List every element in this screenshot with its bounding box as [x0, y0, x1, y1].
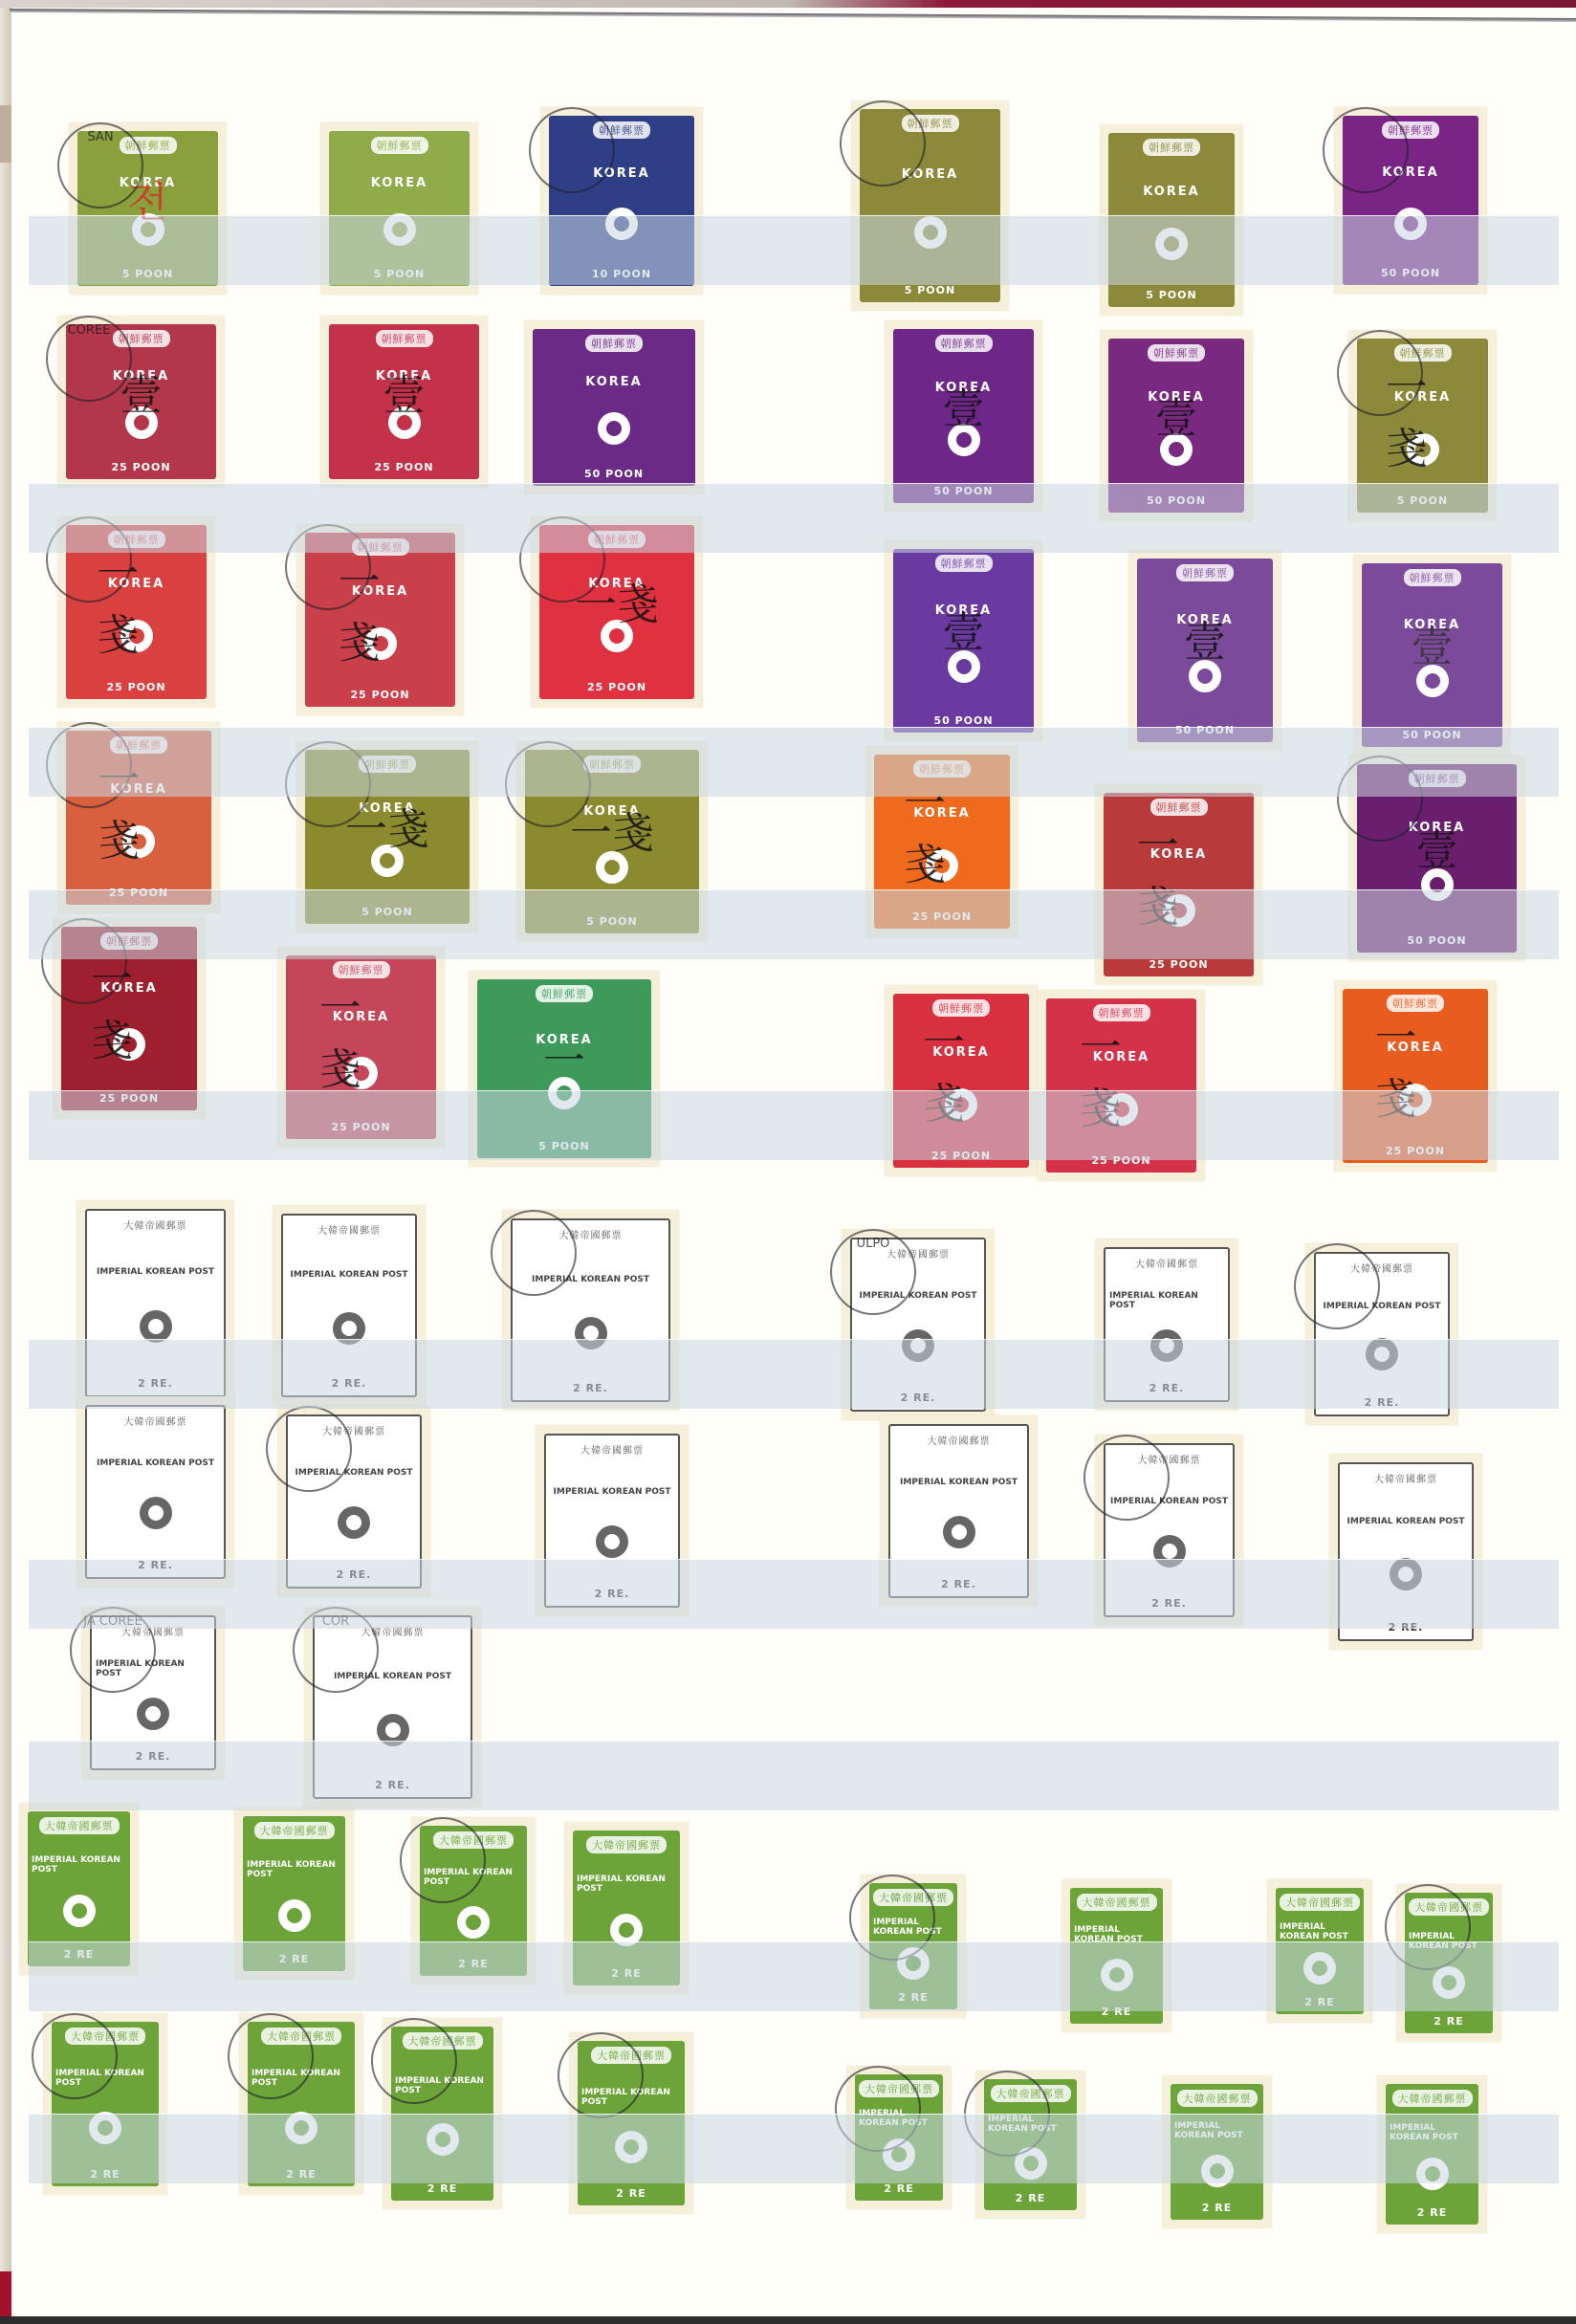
stamp-value: 25 POON	[106, 681, 165, 693]
stamp-country-text: IMPERIAL KOREAN POST	[291, 1270, 408, 1280]
stamp-country-text: IMPERIAL KOREAN POST	[1347, 1517, 1465, 1526]
glassine-strip	[29, 1941, 1559, 2011]
stamp-header-text: 大韓帝國郵票	[922, 1432, 996, 1448]
postmark-cancel	[228, 2013, 314, 2099]
taeguk-emblem-icon	[278, 1899, 311, 1932]
stamp-country-text: IMPERIAL KOREAN POST	[32, 1855, 126, 1875]
stamp-value: 50 POON	[584, 468, 644, 480]
glassine-strip	[29, 727, 1559, 797]
stamp: 朝鮮郵票KOREA25 POON壹COREE	[57, 316, 225, 488]
stamp-value: 25 POON	[374, 461, 433, 473]
glassine-strip	[29, 215, 1559, 285]
postmark-cancel	[266, 1406, 352, 1492]
stamp: 朝鮮郵票KOREA50 POON壹	[885, 540, 1042, 741]
postmark-cancel	[32, 2013, 118, 2099]
stamp-overprint: 壹	[1416, 816, 1458, 877]
stamp-header-text: 朝鮮郵票	[1143, 139, 1200, 156]
stamp-header-text: 大韓帝國郵票	[254, 1822, 335, 1839]
glassine-strip	[29, 2114, 1559, 2183]
stamp-country-text: KOREA	[1143, 185, 1200, 199]
postmark-cancel	[1083, 1435, 1170, 1521]
glassine-strip	[29, 1090, 1559, 1160]
stamp-country-text: IMPERIAL KOREAN POST	[577, 1875, 676, 1894]
stamp-overprint: 壹	[943, 598, 985, 659]
postmark-cancel: COREE	[46, 316, 132, 402]
stamp-header-text: 大韓帝國郵票	[1177, 2090, 1258, 2107]
stamp-overprint: 壹	[1412, 612, 1454, 673]
stamp-value: 2 RE	[616, 2187, 646, 2200]
stamp-value: 25 POON	[587, 681, 646, 693]
stamp-header-text: 朝鮮郵票	[935, 335, 993, 352]
stamp-overprint: 一戔	[319, 974, 404, 1096]
taeguk-emblem-icon	[457, 1906, 490, 1939]
stamp-country-text: IMPERIAL KOREAN POST	[247, 1860, 341, 1879]
stamp-country-text: IMPERIAL KOREAN POST	[900, 1478, 1018, 1487]
stamp-value: 25 POON	[111, 461, 170, 473]
stamp-header-text: 朝鮮郵票	[536, 985, 593, 1002]
stamp: 朝鮮郵票KOREA25 POON一戔	[296, 524, 464, 715]
stamp-country-text: IMPERIAL KOREAN POST	[554, 1487, 671, 1497]
stamp-header-text: 大韓帝國郵票	[312, 1221, 386, 1238]
postmark-cancel	[529, 107, 615, 193]
stamp-header-text: 朝鮮郵票	[935, 555, 993, 572]
stamp-overprint: 壹	[383, 361, 426, 422]
stamp: 朝鮮郵票KOREA25 POON壹	[320, 316, 488, 488]
stamp-header-text: 大韓帝國郵票	[1129, 1255, 1204, 1271]
taeguk-emblem-icon	[596, 1525, 628, 1558]
stamp-overprint: 壹	[1155, 384, 1197, 445]
stamp-header-text: 朝鮮郵票	[1176, 564, 1234, 581]
stamp-overprint: 壹	[943, 374, 985, 435]
stamp-country-text: IMPERIAL KOREAN POST	[1280, 1922, 1360, 1941]
postmark-cancel	[840, 100, 926, 186]
stamp: 朝鮮郵票KOREA50 POON壹	[1128, 550, 1281, 751]
glassine-strip	[29, 1559, 1559, 1629]
stamp-value: 2 RE	[1434, 2015, 1463, 2028]
postmark-cancel	[1323, 107, 1409, 193]
stamp-value: 5 POON	[905, 284, 955, 296]
stamp-value: 25 POON	[350, 689, 409, 701]
postmark-cancel	[1337, 330, 1423, 416]
album-cover-top	[0, 0, 1576, 8]
taeguk-emblem-icon	[943, 1516, 975, 1548]
stamp-header-text: 大韓帝國郵票	[1280, 1894, 1360, 1911]
album-binding-edge	[0, 0, 11, 2324]
stamp-header-text: 大韓帝國郵票	[119, 1217, 193, 1233]
taeguk-emblem-icon	[137, 1698, 169, 1730]
stamp-country-text: IMPERIAL KOREAN POST	[97, 1458, 214, 1468]
stamp: 朝鮮郵票KOREA50 POON壹	[1353, 555, 1511, 756]
taeguk-emblem-icon	[338, 1506, 370, 1539]
postmark-cancel: ULPO	[830, 1229, 916, 1315]
postmark-cancel	[491, 1210, 577, 1296]
taeguk-emblem-icon	[63, 1895, 96, 1927]
stamp-header-text: 大韓帝國郵票	[1392, 2090, 1473, 2107]
glassine-strip	[29, 889, 1559, 959]
stamp-value: 5 POON	[1146, 289, 1196, 301]
stamp-value: 2 RE	[884, 2182, 913, 2195]
stamp-overprint: 壹	[1184, 607, 1226, 669]
stamp-value: 25 POON	[1149, 958, 1208, 971]
stamp-design: 朝鮮郵票KOREA50 POON	[533, 329, 695, 486]
stamp-country-text: IMPERIAL KOREAN POST	[1109, 1291, 1224, 1310]
stamp-country-text: IMPERIAL KOREAN POST	[97, 1267, 214, 1277]
album-bottom-edge	[0, 2316, 1576, 2324]
stamp-header-text: 朝鮮郵票	[376, 330, 433, 347]
glassine-strip	[29, 1339, 1559, 1409]
stamp-header-text: 大韓帝國郵票	[39, 1817, 120, 1834]
stamp-value: 2 RE	[1202, 2202, 1232, 2214]
album-tab	[0, 105, 11, 163]
stamp-header-text: 大韓帝國郵票	[1368, 1470, 1443, 1486]
postmark-cancel	[371, 2018, 457, 2104]
stamp-value: 2 RE	[1016, 2192, 1045, 2204]
stamp-header-text: 大韓帝國郵票	[575, 1441, 649, 1458]
glassine-strip	[29, 1741, 1559, 1810]
stamp-header-text: 朝鮮郵票	[371, 137, 428, 154]
postmark-cancel: SAN	[57, 122, 143, 208]
stamp-value: 2 RE	[1417, 2206, 1447, 2219]
stamp-header-text: 朝鮮郵票	[1148, 344, 1205, 362]
postmark-cancel	[558, 2032, 644, 2118]
stamp-value: 50 POON	[933, 714, 993, 727]
taeguk-emblem-icon	[598, 412, 630, 445]
stamp: 朝鮮郵票KOREA50 POON	[524, 320, 704, 494]
stamp-header-text: 朝鮮郵票	[585, 335, 643, 352]
taeguk-emblem-icon	[140, 1497, 172, 1529]
glassine-strip	[29, 483, 1559, 553]
stamp-header-text: 大韓帝國郵票	[119, 1413, 193, 1429]
stamp-design: 大韓帝國郵票IMPERIAL KOREAN POST2 RE.	[85, 1405, 226, 1579]
postmark-cancel	[1294, 1243, 1380, 1329]
stamp-header-text: 朝鮮郵票	[1404, 569, 1461, 586]
stamp-header-text: 大韓帝國郵票	[1077, 1894, 1157, 1911]
stamp-country-text: KOREA	[585, 375, 643, 389]
postmark-cancel	[400, 1817, 486, 1903]
stamp-overprint: 一	[543, 1026, 585, 1087]
stamp-country-text: KOREA	[371, 176, 428, 190]
stamp-header-text: 大韓帝國郵票	[586, 1836, 667, 1853]
stamp-value: 2 RE	[427, 2182, 457, 2195]
